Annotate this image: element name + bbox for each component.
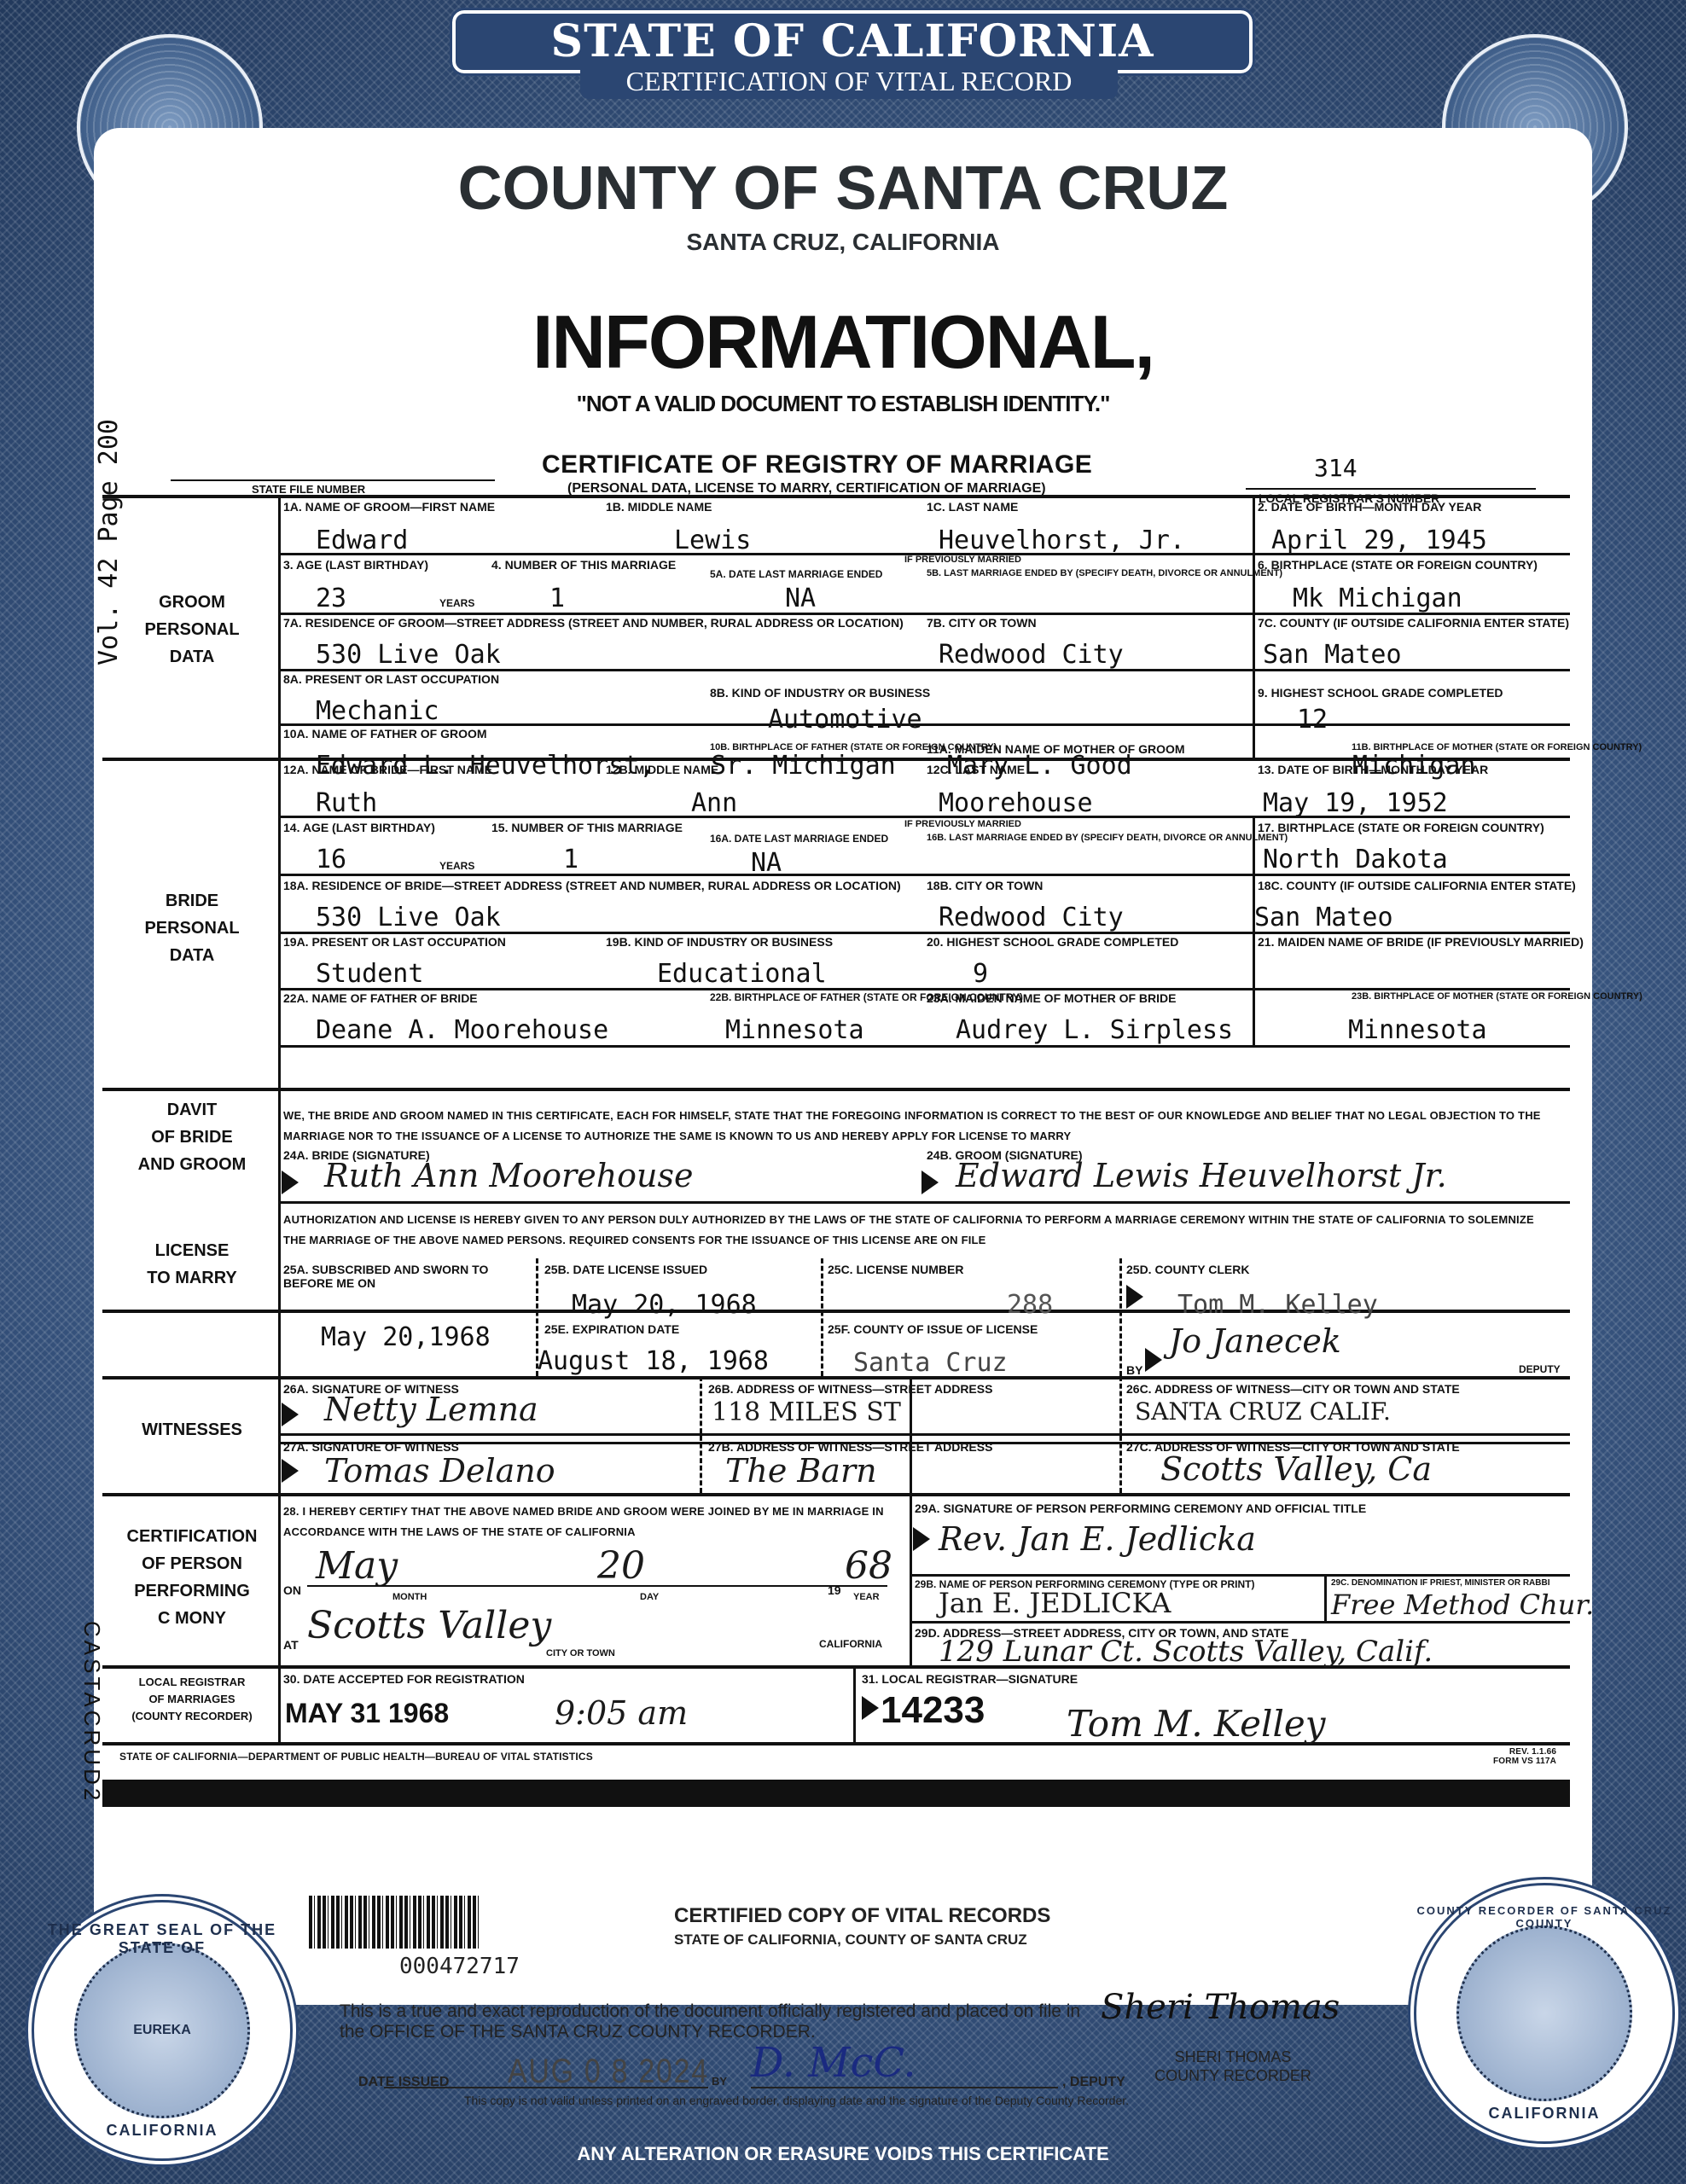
officiant-address: 129 Lunar Ct. Scotts Valley, Calif. bbox=[939, 1635, 1433, 1669]
groom-father-birthplace: Sr. Michigan bbox=[711, 751, 896, 781]
label-prev-married: IF PREVIOUSLY MARRIED bbox=[904, 555, 1021, 565]
officiant-signature: Rev. Jan E. Jedlicka bbox=[939, 1520, 1256, 1558]
col-divider bbox=[1324, 1574, 1327, 1621]
pointer-arrow-icon bbox=[282, 1459, 299, 1483]
ceremony-place: Scotts Valley bbox=[307, 1604, 551, 1647]
local-registrar-line bbox=[1246, 488, 1536, 490]
date-issued: AUG 0 8 2024 bbox=[508, 2053, 709, 2091]
label-groom-city: 7B. CITY OR TOWN bbox=[927, 616, 1037, 630]
ceremony-month: May bbox=[316, 1544, 398, 1588]
bride-city: Redwood City bbox=[939, 903, 1124, 932]
registrar-number: 14233 bbox=[881, 1689, 985, 1732]
bride-father-name: Deane A. Moorehouse bbox=[316, 1015, 608, 1045]
rule bbox=[102, 1493, 1570, 1496]
groom-middle-name: Lewis bbox=[674, 526, 751, 555]
bride-school-grade: 9 bbox=[973, 959, 988, 989]
label-date-accepted: 30. DATE ACCEPTED FOR REGISTRATION bbox=[283, 1672, 525, 1686]
form-revision: REV. 1.1.66 FORM VS 117A bbox=[1493, 1747, 1556, 1766]
bride-date-of-birth: May 19, 1952 bbox=[1263, 788, 1448, 818]
bride-signature: Ruth Ann Moorehouse bbox=[324, 1157, 694, 1194]
recorder-name: SHERI THOMAS bbox=[1143, 2047, 1323, 2066]
bride-mother-name: Audrey L. Sirpless bbox=[956, 1015, 1233, 1045]
county-of-issue: Santa Cruz bbox=[853, 1348, 1008, 1378]
label-bride-first: 12A. NAME OF BRIDE—FIRST NAME bbox=[283, 763, 492, 776]
certification-subbanner: CERTIFICATION OF VITAL RECORD bbox=[580, 63, 1118, 99]
witness2-street: The Barn bbox=[725, 1452, 877, 1490]
rule bbox=[278, 1433, 1570, 1436]
section-witnesses: WITNESSES bbox=[119, 1416, 265, 1443]
seal-text: THE GREAT SEAL OF THE STATE OF bbox=[34, 1921, 290, 1957]
rule bbox=[102, 495, 1570, 498]
label-by: BY bbox=[1126, 1363, 1142, 1377]
seal-motto: EUREKA bbox=[133, 2023, 191, 2038]
label-groom-occupation: 8A. PRESENT OR LAST OCCUPATION bbox=[283, 672, 499, 686]
pointer-arrow-icon bbox=[1126, 1285, 1143, 1309]
county-title: COUNTY OF SANTA CRUZ bbox=[0, 154, 1686, 224]
groom-birthplace: Mk Michigan bbox=[1293, 584, 1462, 613]
groom-city: Redwood City bbox=[939, 640, 1124, 670]
label-bride-father: 22A. NAME OF FATHER OF BRIDE bbox=[283, 991, 478, 1005]
label-groom-middle: 1B. MIDDLE NAME bbox=[606, 500, 712, 514]
label-bride-county: 18C. COUNTY (IF OUTSIDE CALIFORNIA ENTER… bbox=[1258, 879, 1576, 892]
label-groom-ended-by: 5B. LAST MARRIAGE ENDED BY (SPECIFY DEAT… bbox=[927, 568, 1282, 578]
groom-age: 23 bbox=[316, 584, 346, 613]
seal-text: COUNTY RECORDER OF SANTA CRUZ COUNTY bbox=[1416, 1904, 1672, 1930]
county-recorder-seal-icon: COUNTY RECORDER OF SANTA CRUZ COUNTY CAL… bbox=[1408, 1877, 1681, 2150]
sworn-date: May 20,1968 bbox=[321, 1322, 491, 1352]
section-bride: BRIDE PERSONAL DATA bbox=[137, 887, 247, 969]
witness1-city: SANTA CRUZ CALIF. bbox=[1135, 1397, 1391, 1426]
authorization-text: AUTHORIZATION AND LICENSE IS HEREBY GIVE… bbox=[283, 1210, 1555, 1251]
recorder-title: COUNTY RECORDER bbox=[1143, 2066, 1323, 2085]
ceremony-state: CALIFORNIA bbox=[819, 1638, 882, 1650]
recorder-signature: Sheri Thomas bbox=[1101, 1988, 1340, 2027]
bride-last-marriage-ended: NA bbox=[751, 848, 782, 878]
section-license: LICENSE TO MARRY bbox=[119, 1237, 265, 1292]
witness2-signature: Tomas Delano bbox=[324, 1452, 555, 1490]
section-affidavit: DAVIT OF BRIDE AND GROOM bbox=[119, 1096, 265, 1178]
rule bbox=[910, 1621, 1570, 1623]
label-bride-city: 18B. CITY OR TOWN bbox=[927, 879, 1043, 892]
true-copy-statement: This is a true and exact reproduction of… bbox=[340, 2001, 1108, 2042]
by-label: BY bbox=[712, 2075, 727, 2088]
deputy-label: , DEPUTY bbox=[1062, 2075, 1125, 2090]
label-groom-birthplace: 6. BIRTHPLACE (STATE OR FOREIGN COUNTRY) bbox=[1258, 558, 1538, 572]
bride-birthplace: North Dakota bbox=[1263, 845, 1448, 874]
officiant-name: Jan E. JEDLICKA bbox=[939, 1587, 1171, 1619]
witness1-signature: Netty Lemna bbox=[324, 1391, 538, 1428]
rule bbox=[278, 1045, 1570, 1048]
rule bbox=[102, 1742, 1570, 1745]
volume-page-stamp: Vol. 42 Page 200 bbox=[94, 419, 124, 665]
label-expiration-date: 25E. EXPIRATION DATE bbox=[544, 1322, 679, 1336]
label-groom-father: 10A. NAME OF FATHER OF GROOM bbox=[283, 727, 487, 741]
bride-age: 16 bbox=[316, 845, 346, 874]
witness1-street: 118 MILES ST bbox=[712, 1397, 901, 1427]
label-registrar-signature: 31. LOCAL REGISTRAR—SIGNATURE bbox=[862, 1672, 1078, 1686]
validity-note: This copy is not valid unless printed on… bbox=[464, 2094, 1129, 2107]
expiration-date: August 18, 1968 bbox=[538, 1346, 769, 1376]
deputy-signature: D. McC. bbox=[751, 2039, 916, 2087]
bride-mother-birthplace: Minnesota bbox=[1348, 1015, 1487, 1045]
label-county-clerk: 25D. COUNTY CLERK bbox=[1126, 1263, 1249, 1276]
label-bride-ended-by: 16B. LAST MARRIAGE ENDED BY (SPECIFY DEA… bbox=[927, 833, 1288, 843]
label-groom-county: 7C. COUNTY (IF OUTSIDE CALIFORNIA ENTER … bbox=[1258, 616, 1569, 630]
label-officiant-signature: 29A. SIGNATURE OF PERSON PERFORMING CERE… bbox=[915, 1501, 1366, 1515]
certified-copy-subtitle: STATE OF CALIFORNIA, COUNTY OF SANTA CRU… bbox=[674, 1931, 1027, 1949]
label-prev-married: IF PREVIOUSLY MARRIED bbox=[904, 819, 1021, 829]
label-bride-school: 20. HIGHEST SCHOOL GRADE COMPLETED bbox=[927, 935, 1178, 949]
label-groom-residence: 7A. RESIDENCE OF GROOM—STREET ADDRESS (S… bbox=[283, 616, 904, 630]
groom-county: San Mateo bbox=[1263, 640, 1402, 670]
registrar-signature: Tom M. Kelley bbox=[1067, 1703, 1325, 1745]
witness2-city: Scotts Valley, Ca bbox=[1160, 1450, 1432, 1488]
label-bride-last-ended: 16A. DATE LAST MARRIAGE ENDED bbox=[710, 833, 888, 845]
rule bbox=[102, 1376, 1570, 1380]
groom-last-name: Heuvelhorst, Jr. bbox=[939, 526, 1185, 555]
label-groom-age: 3. AGE (LAST BIRTHDAY) bbox=[283, 558, 428, 572]
col-divider bbox=[853, 1665, 856, 1742]
bride-last-name: Moorehouse bbox=[939, 788, 1093, 818]
license-issued-date: May 20, 1968 bbox=[572, 1290, 757, 1320]
label-sworn-date: 25A. SUBSCRIBED AND SWORN TO BEFORE ME O… bbox=[283, 1263, 505, 1290]
barcode-number: 000472717 bbox=[399, 1954, 520, 1979]
label-groom-last-ended: 5A. DATE LAST MARRIAGE ENDED bbox=[710, 568, 882, 580]
bride-father-birthplace: Minnesota bbox=[725, 1015, 864, 1045]
groom-occupation: Mechanic bbox=[316, 696, 439, 726]
label-groom-first: 1A. NAME OF GROOM—FIRST NAME bbox=[283, 500, 495, 514]
label-bride-birthplace: 17. BIRTHPLACE (STATE OR FOREIGN COUNTRY… bbox=[1258, 821, 1544, 834]
pointer-arrow-icon bbox=[862, 1696, 879, 1720]
certified-copy-title: CERTIFIED COPY OF VITAL RECORDS bbox=[674, 1904, 1050, 1928]
informational-stamp: INFORMATIONAL, bbox=[0, 299, 1686, 386]
label-on: ON bbox=[283, 1583, 301, 1597]
bride-occupation: Student bbox=[316, 959, 423, 989]
pointer-arrow-icon bbox=[282, 1170, 299, 1194]
rule bbox=[910, 1574, 1570, 1577]
bride-industry: Educational bbox=[657, 959, 827, 989]
side-code: CASTACRUD2 bbox=[78, 1621, 105, 1804]
label-groom-last: 1C. LAST NAME bbox=[927, 500, 1018, 514]
pointer-arrow-icon bbox=[1145, 1348, 1162, 1372]
label-bride-industry: 19B. KIND OF INDUSTRY OR BUSINESS bbox=[606, 935, 833, 949]
bride-county: San Mateo bbox=[1254, 903, 1393, 932]
deputy-clerk-signature: Jo Janecek bbox=[1169, 1322, 1341, 1360]
label-witness1-street: 26B. ADDRESS OF WITNESS—STREET ADDRESS bbox=[708, 1382, 992, 1396]
col-divider bbox=[1119, 1258, 1122, 1376]
groom-signature: Edward Lewis Heuvelhorst Jr. bbox=[956, 1157, 1447, 1194]
col-divider bbox=[1119, 1376, 1122, 1493]
bride-marriage-number: 1 bbox=[563, 845, 578, 874]
label-years: YEARS bbox=[439, 597, 474, 609]
ceremony-day: 20 bbox=[597, 1544, 645, 1588]
label-bride-residence: 18A. RESIDENCE OF BRIDE—STREET ADDRESS (… bbox=[283, 879, 901, 892]
groom-school-grade: 12 bbox=[1297, 705, 1328, 735]
label-bride-mother: 23A. MAIDEN NAME OF MOTHER OF BRIDE bbox=[927, 991, 1176, 1005]
state-file-line bbox=[171, 479, 495, 481]
label-bride-maiden: 21. MAIDEN NAME OF BRIDE (IF PREVIOUSLY … bbox=[1258, 935, 1584, 949]
rule bbox=[278, 1201, 1570, 1204]
bride-first-name: Ruth bbox=[316, 788, 377, 818]
pointer-arrow-icon bbox=[921, 1170, 939, 1194]
section-local-registrar: LOCAL REGISTRAR OF MARRIAGES (COUNTY REC… bbox=[111, 1674, 273, 1725]
groom-residence: 530 Live Oak bbox=[316, 640, 501, 670]
alteration-warning: ANY ALTERATION OR ERASURE VOIDS THIS CER… bbox=[0, 2143, 1686, 2165]
seal-center: EUREKA bbox=[74, 1943, 250, 2118]
form-title: CERTIFICATE OF REGISTRY OF MARRIAGE bbox=[542, 450, 1092, 479]
county-subtitle: SANTA CRUZ, CALIFORNIA bbox=[0, 229, 1686, 256]
label-county-of-issue: 25F. COUNTY OF ISSUE OF LICENSE bbox=[828, 1322, 1038, 1336]
signature-line bbox=[751, 2087, 1058, 2088]
date-accepted: MAY 31 1968 bbox=[285, 1698, 449, 1729]
form-bottom-bar bbox=[102, 1780, 1570, 1807]
date-line bbox=[384, 2087, 708, 2088]
label-denomination: 29C. DENOMINATION IF PRIEST, MINISTER OR… bbox=[1331, 1578, 1550, 1588]
bride-middle-name: Ann bbox=[691, 788, 737, 818]
label-city-or-town: CITY OR TOWN bbox=[546, 1648, 615, 1658]
bride-residence: 530 Live Oak bbox=[316, 903, 501, 932]
label-deputy: DEPUTY bbox=[1519, 1363, 1561, 1375]
rule bbox=[278, 723, 1570, 726]
barcode bbox=[309, 1896, 480, 1949]
state-file-label: STATE FILE NUMBER bbox=[252, 483, 365, 496]
label-witness1-city: 26C. ADDRESS OF WITNESS—CITY OR TOWN AND… bbox=[1126, 1382, 1460, 1396]
license-number: 288 bbox=[1007, 1290, 1053, 1320]
marriage-certificate-form: CERTIFICATE OF REGISTRY OF MARRIAGE (PER… bbox=[102, 444, 1570, 1792]
groom-marriage-number: 1 bbox=[549, 584, 565, 613]
groom-date-of-birth: April 29, 1945 bbox=[1271, 526, 1487, 555]
section-groom: GROOM PERSONAL DATA bbox=[137, 589, 247, 671]
groom-industry: Automotive bbox=[768, 705, 922, 735]
affidavit-text: WE, THE BRIDE AND GROOM NAMED IN THIS CE… bbox=[283, 1106, 1555, 1147]
local-registrar-number: 314 bbox=[1314, 454, 1358, 482]
state-seal-icon: THE GREAT SEAL OF THE STATE OF EUREKA CA… bbox=[26, 1894, 299, 2167]
not-valid-notice: "NOT A VALID DOCUMENT TO ESTABLISH IDENT… bbox=[0, 391, 1686, 417]
col-divider bbox=[700, 1376, 702, 1493]
label-bride-mother-birthplace: 23B. BIRTHPLACE OF MOTHER (STATE OR FORE… bbox=[1352, 991, 1642, 1002]
groom-last-marriage-ended: NA bbox=[785, 584, 816, 613]
label-groom-marriage-num: 4. NUMBER OF THIS MARRIAGE bbox=[491, 558, 676, 572]
department-footer: STATE OF CALIFORNIA—DEPARTMENT OF PUBLIC… bbox=[119, 1751, 593, 1763]
section-certification: CERTIFICATION OF PERSON PERFORMING C MON… bbox=[111, 1523, 273, 1632]
label-license-number: 25C. LICENSE NUMBER bbox=[828, 1263, 963, 1276]
label-bride-last: 12C. LAST NAME bbox=[927, 763, 1025, 776]
rule bbox=[307, 1585, 887, 1587]
officiant-denomination: Free Method Chur. bbox=[1331, 1589, 1594, 1621]
section-divider bbox=[278, 495, 281, 1742]
ceremony-year: 68 bbox=[845, 1544, 892, 1588]
col-divider bbox=[821, 1258, 823, 1376]
col-divider bbox=[910, 1376, 912, 1666]
label-date-issued: 25B. DATE LICENSE ISSUED bbox=[544, 1263, 707, 1276]
label-bride-middle: 12B. MIDDLE NAME bbox=[606, 763, 718, 776]
label-month: MONTH bbox=[392, 1592, 427, 1602]
label-bride-age: 14. AGE (LAST BIRTHDAY) bbox=[283, 821, 435, 834]
pointer-arrow-icon bbox=[913, 1527, 930, 1551]
label-at: AT bbox=[283, 1638, 299, 1652]
seal-text: CALIFORNIA bbox=[34, 2122, 290, 2140]
label-years: YEARS bbox=[439, 860, 474, 872]
seal-center bbox=[1456, 1926, 1632, 2101]
groom-first-name: Edward bbox=[316, 526, 408, 555]
label-bride-marriage-num: 15. NUMBER OF THIS MARRIAGE bbox=[491, 821, 683, 834]
label-groom-dob: 2. DATE OF BIRTH—MONTH DAY YEAR bbox=[1258, 500, 1481, 514]
certification-text: 28. I HEREBY CERTIFY THAT THE ABOVE NAME… bbox=[283, 1501, 898, 1542]
county-clerk: Tom M. Kelley bbox=[1177, 1290, 1378, 1320]
label-groom-industry: 8B. KIND OF INDUSTRY OR BUSINESS bbox=[710, 686, 930, 700]
rule bbox=[102, 1088, 1570, 1091]
label-bride-occupation: 19A. PRESENT OR LAST OCCUPATION bbox=[283, 935, 506, 949]
col-divider bbox=[536, 1258, 538, 1376]
label-day: DAY bbox=[640, 1592, 659, 1602]
label-year: YEAR bbox=[853, 1592, 880, 1602]
pointer-arrow-icon bbox=[282, 1403, 299, 1426]
label-bride-dob: 13. DATE OF BIRTH—MONTH DAY YEAR bbox=[1258, 763, 1488, 776]
seal-text: CALIFORNIA bbox=[1416, 2105, 1672, 2123]
rule bbox=[278, 988, 1570, 990]
label-groom-school: 9. HIGHEST SCHOOL GRADE COMPLETED bbox=[1258, 686, 1503, 700]
time-accepted: 9:05 am bbox=[555, 1694, 688, 1732]
col-divider bbox=[1253, 495, 1255, 758]
recorder-name-block: SHERI THOMAS COUNTY RECORDER bbox=[1143, 2047, 1323, 2085]
